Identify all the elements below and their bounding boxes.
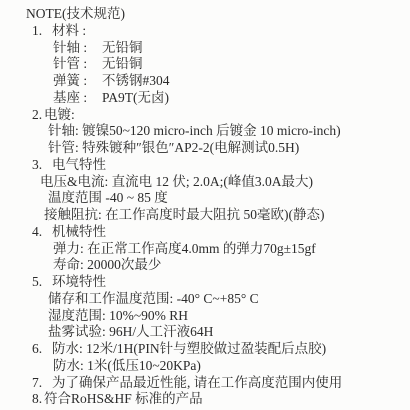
item-8-rohs-compliance: 8.符合RoHS&HF 标准的产品 — [32, 391, 406, 408]
electrical-row-voltage-current: 电压&电流: 直流电 12 伏; 2.0A;(峰值3.0A最大) — [40, 174, 406, 191]
item-2-plating-heading: 2.电镀: — [32, 107, 406, 124]
item-heading-text: 电镀: — [44, 107, 75, 122]
item-heading-text: 材料 : — [52, 23, 86, 38]
item-number: 1. — [32, 23, 52, 40]
item-number: 8. — [32, 391, 44, 408]
item-1-materials-heading: 1.材料 : — [32, 23, 406, 40]
material-value: PA9T(无卤) — [102, 90, 169, 105]
material-label: 针轴 : — [53, 40, 102, 57]
material-row-spring: 弹簧 :不锈钢#304 — [53, 73, 406, 90]
item-heading-text: 为了确保产品最近性能, 请在工作高度范围内使用 — [52, 375, 342, 390]
item-number: 6. — [32, 341, 52, 358]
material-value: 无铅铜 — [102, 40, 143, 55]
material-row-pin-tube: 针管 :无铅铜 — [53, 56, 406, 73]
material-row-base: 基座 :PA9T(无卤) — [53, 90, 406, 107]
material-value: 无铅铜 — [102, 56, 143, 71]
mechanical-row-spring-force: 弹力: 在正常工作高度4.0mm 的弹力70g±15gf — [53, 241, 406, 258]
item-7-usage-note: 7.为了确保产品最近性能, 请在工作高度范围内使用 — [32, 375, 406, 392]
item-number: 4. — [32, 224, 52, 241]
spec-document: NOTE(技术规范) 1.材料 : 针轴 :无铅铜 针管 :无铅铜 弹簧 :不锈… — [0, 0, 410, 410]
env-row-salt-spray-test: 盐雾试验: 96H/人工汗液64H — [48, 324, 406, 341]
env-row-storage-operating-temp: 储存和工作温度范围: -40° C~+85° C — [48, 291, 406, 308]
material-row-pin-shaft: 针轴 :无铅铜 — [53, 40, 406, 57]
item-5-environmental-heading: 5.环境特性 — [32, 274, 406, 291]
item-number: 3. — [32, 157, 52, 174]
item-heading-text: 环境特性 — [52, 274, 106, 289]
material-value: 不锈钢#304 — [102, 73, 170, 88]
electrical-row-temperature-range: 温度范围 -40 ~ 85 度 — [48, 190, 406, 207]
item-heading-text: 电气特性 — [52, 157, 106, 172]
item-3-electrical-heading: 3.电气特性 — [32, 157, 406, 174]
plating-row-pin-shaft: 针轴: 镀镍50~120 micro-inch 后镀金 10 micro-inc… — [48, 123, 406, 140]
electrical-row-contact-resistance: 接触阻抗: 在工作高度时最大阻抗 50毫欧)(静态) — [44, 207, 406, 224]
item-4-mechanical-heading: 4.机械特性 — [32, 224, 406, 241]
material-label: 基座 : — [53, 90, 102, 107]
item-6-waterproof-heading: 6.防水: 12米/1H(PIN针与塑胶做过盈装配后点胶) — [32, 341, 406, 358]
item-heading-text: 机械特性 — [52, 224, 106, 239]
material-label: 针管 : — [53, 56, 102, 73]
item-number: 5. — [32, 274, 52, 291]
plating-row-pin-tube: 针管: 特殊镀种″银色″AP2-2(电解测试0.5H) — [48, 140, 406, 157]
material-label: 弹簧 : — [53, 73, 102, 90]
env-row-humidity-range: 湿度范围: 10%~90% RH — [48, 308, 406, 325]
note-title: NOTE(技术规范) — [26, 6, 406, 23]
item-number: 7. — [32, 375, 52, 392]
item-heading-text: 防水: 12米/1H(PIN针与塑胶做过盈装配后点胶) — [52, 341, 326, 356]
mechanical-row-lifespan: 寿命: 20000次最少 — [53, 257, 406, 274]
item-heading-text: 符合RoHS&HF 标准的产品 — [44, 391, 203, 406]
waterproof-row-low-pressure: 防水: 1米(低压10~20KPa) — [53, 358, 406, 375]
item-number: 2. — [32, 107, 44, 124]
